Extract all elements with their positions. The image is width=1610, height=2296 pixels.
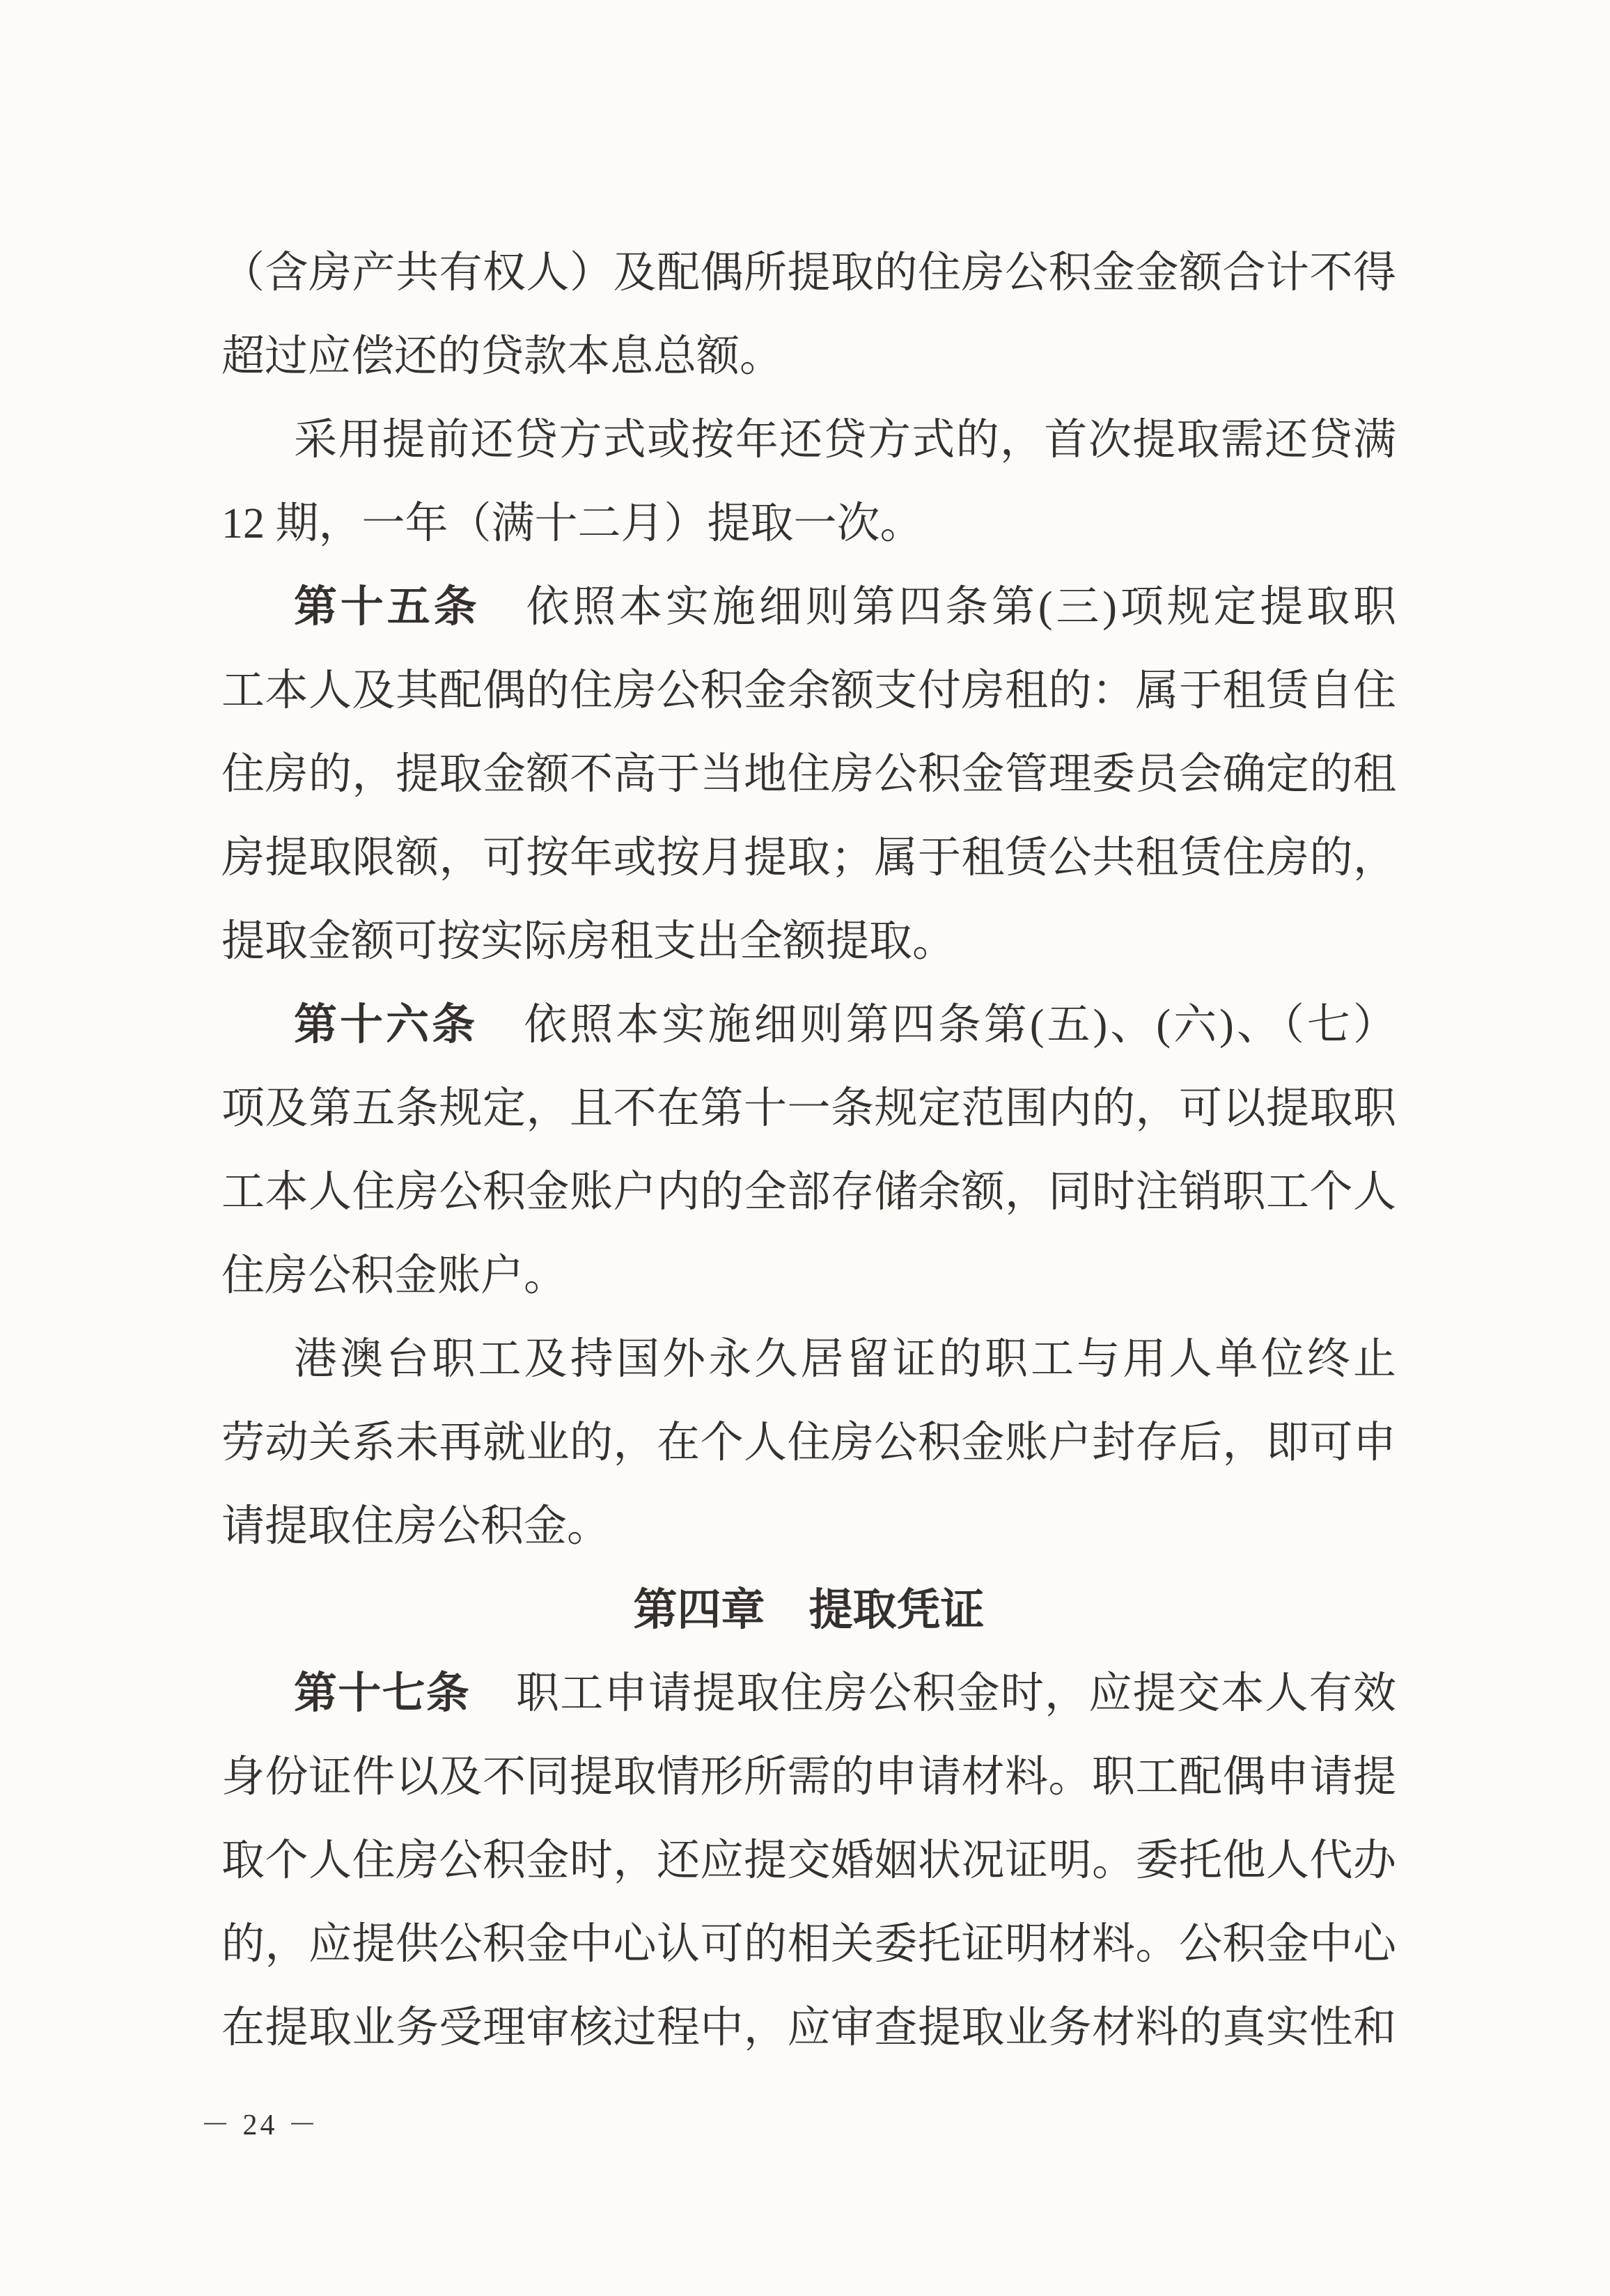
article-number: 第十七条 [294, 1670, 470, 1717]
chapter-heading: 第四章 提取凭证 [221, 1568, 1396, 1652]
text-line: 第十六条依照本实施细则第四条第(五)、(六)、（七） [221, 983, 1396, 1067]
document-body: （含房产共有权人）及配偶所提取的住房公积金金额合计不得超过应偿还的贷款本息总额。… [221, 231, 1396, 2070]
line-text: 依照本实施细则第四条第(五)、(六)、（七） [524, 1001, 1396, 1049]
text-line: 项及第五条规定，且不在第十一条规定范围内的，可以提取职 [221, 1067, 1396, 1150]
text-line: 超过应偿还的贷款本息总额。 [221, 315, 1396, 398]
text-line: 12 期，一年（满十二月）提取一次。 [221, 482, 1396, 565]
text-line: 采用提前还贷方式或按年还贷方式的，首次提取需还贷满 [221, 398, 1396, 482]
text-line: 劳动关系未再就业的，在个人住房公积金账户封存后，即可申 [221, 1401, 1396, 1485]
text-line: 取个人住房公积金时，还应提交婚姻状况证明。委托他人代办 [221, 1819, 1396, 1903]
text-line: 在提取业务受理审核过程中，应审查提取业务材料的真实性和 [221, 1986, 1396, 2070]
text-line: 第十七条职工申请提取住房公积金时，应提交本人有效 [221, 1652, 1396, 1735]
text-line: 工本人住房公积金账户内的全部存储余额，同时注销职工个人 [221, 1150, 1396, 1234]
text-line: 第十五条依照本实施细则第四条第(三)项规定提取职 [221, 565, 1396, 649]
page-number: － 24 － [201, 2104, 320, 2146]
text-line: 住房的，提取金额不高于当地住房公积金管理委员会确定的租 [221, 733, 1396, 816]
article-number: 第十六条 [294, 1001, 478, 1049]
line-text: 依照本实施细则第四条第(三)项规定提取职 [526, 584, 1396, 631]
text-line: 身份证件以及不同提取情形所需的申请材料。职工配偶申请提 [221, 1735, 1396, 1819]
text-line: （含房产共有权人）及配偶所提取的住房公积金金额合计不得 [221, 231, 1396, 315]
text-line: 房提取限额，可按年或按月提取；属于租赁公共租赁住房的， [221, 816, 1396, 900]
document-page: （含房产共有权人）及配偶所提取的住房公积金金额合计不得超过应偿还的贷款本息总额。… [0, 0, 1610, 2296]
line-text: 职工申请提取住房公积金时，应提交本人有效 [516, 1670, 1396, 1717]
text-line: 的，应提供公积金中心认可的相关委托证明材料。公积金中心 [221, 1903, 1396, 1986]
text-line: 住房公积金账户。 [221, 1234, 1396, 1318]
text-line: 提取金额可按实际房租支出全额提取。 [221, 900, 1396, 983]
text-line: 工本人及其配偶的住房公积金余额支付房租的：属于租赁自住 [221, 649, 1396, 733]
article-number: 第十五条 [294, 584, 480, 631]
text-line: 请提取住房公积金。 [221, 1485, 1396, 1568]
text-line: 港澳台职工及持国外永久居留证的职工与用人单位终止 [221, 1318, 1396, 1401]
